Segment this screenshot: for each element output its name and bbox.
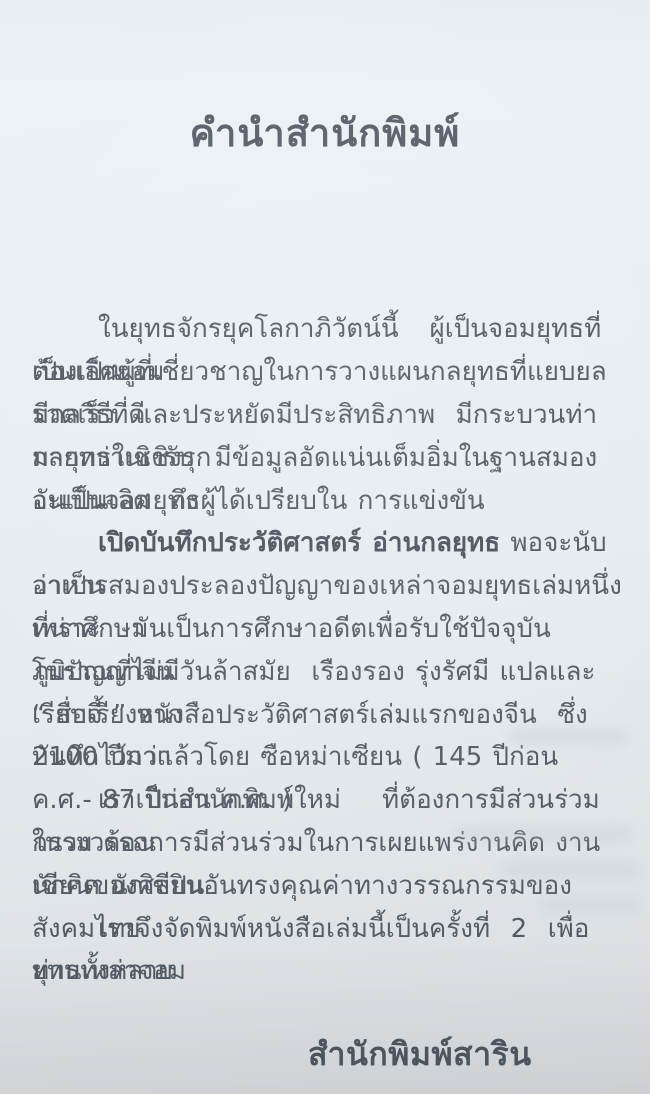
text-segment-bold: เปิดบันทึกประวัติศาสตร์ อ่านกลยุทธ	[98, 528, 500, 558]
text-line: เราเป็นสำนักพิมพ์ใหม่ ที่ต้องการมีส่วนร่…	[32, 779, 624, 822]
text-line: เปิดบันทึกประวัติศาสตร์ อ่านกลยุทธ พอจะน…	[32, 522, 624, 565]
text-line: รวดเร็ว และประหยัดมีประสิทธิภาพ มีกระบวน…	[32, 394, 624, 437]
text-line: “ สื่อจี้ ” หนังสือประวัติศาสตร์เล่มแรกข…	[32, 694, 624, 737]
publisher-signature: สำนักพิมพ์สาริน	[308, 1029, 650, 1080]
text-line: ในยุทธจักรยุคโลกาภิวัตน์นี้ ผู้เป็นจอมยุ…	[32, 308, 624, 351]
page-title: คำนำสำนักพิมพ์	[0, 0, 650, 163]
text-segment: ยุทธทั้งหลาย	[32, 956, 173, 986]
text-line: อาหารสมองประลองปัญญาของเหล่าจอมยุทธเล่มห…	[32, 565, 624, 608]
text-line: กรรม ต้องการมีส่วนร่วมในการเผยแพร่งานคิด…	[32, 822, 624, 865]
text-segment: จะเป็นจอมยุทธผู้ได้เปรียบใน การแข่งขัน	[32, 486, 485, 516]
text-line: ยุทธทั้งหลาย	[32, 950, 624, 993]
text-line: มากกว่าเชิงรับ มีข้อมูลอัดแน่นเต็มอิ่มใน…	[32, 437, 624, 480]
text-line: เราจึงจัดพิมพ์หนังสือเล่มนี้เป็นครั้งที่…	[32, 908, 624, 951]
text-line: โบราณที่ไม่มีวันล้าสมัย เรืองรอง รุ่งรัศ…	[32, 651, 624, 694]
text-line: จะเป็นจอมยุทธผู้ได้เปรียบใน การแข่งขัน	[32, 480, 624, 523]
text-line: ต้องเป็นผู้ที่เชี่ยวชาญในการวางแผนกลยุทธ…	[32, 351, 624, 394]
text-line: 2100 ปีมาแล้วโดย ซือหม่าเซียน ( 145 ปีก่…	[32, 736, 624, 779]
text-line: นักคิด นักเขียนอันทรงคุณค่าทางวรรณกรรมขอ…	[32, 865, 624, 908]
text-line: เพราะ มันเป็นการศึกษาอดีตเพื่อรับใช้ปัจจ…	[32, 608, 624, 651]
scanned-book-page: คำนำสำนักพิมพ์ ในยุทธจักรยุคโลกาภิวัตน์น…	[0, 0, 650, 1094]
body-text: ในยุทธจักรยุคโลกาภิวัตน์นี้ ผู้เป็นจอมยุ…	[32, 180, 624, 993]
